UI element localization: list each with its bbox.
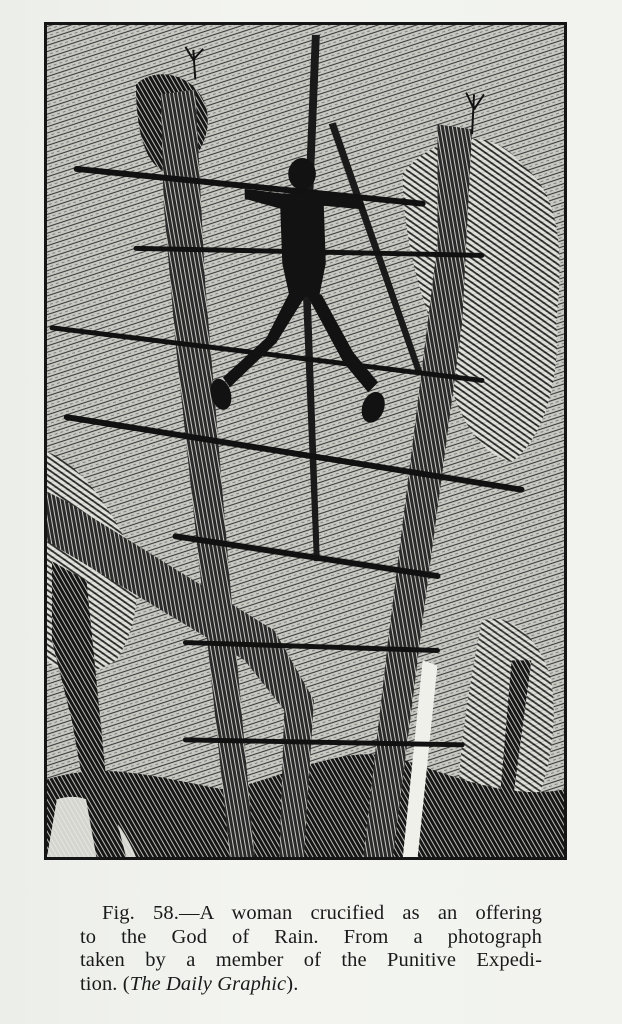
caption-line-4-text: tion. [80,973,123,995]
caption-source-title: The Daily Graphic [130,973,287,995]
figure-illustration [44,22,567,860]
book-page: Fig. 58.—A woman crucified as an offerin… [0,0,622,1024]
figure-caption: Fig. 58.—A woman crucified as an offerin… [80,902,542,996]
engraving-image [47,25,564,857]
caption-line-2: to the God of Rain. From a photograph [80,926,542,950]
caption-source-close: ). [286,973,298,995]
caption-source-open: ( [123,973,130,995]
caption-line-3: taken by a member of the Punitive Expedi… [80,949,542,973]
caption-line-1: Fig. 58.—A woman crucified as an offerin… [80,902,542,926]
caption-line-4: tion. (The Daily Graphic). [80,973,542,997]
